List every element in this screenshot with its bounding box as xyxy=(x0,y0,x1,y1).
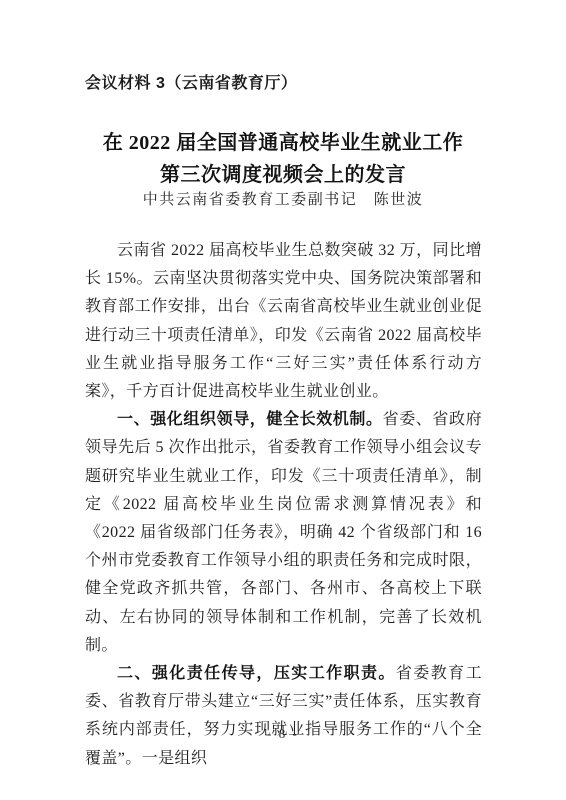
paragraph-text: 云南省 2022 届高校毕业生总数突破 32 万，同比增长 15%。云南坚决贯彻… xyxy=(85,242,482,400)
document-title: 在 2022 届全国普通高校毕业生就业工作 第三次调度视频会上的发言 xyxy=(0,127,566,191)
page-number: - 8 - xyxy=(0,726,566,742)
document-page: 会议材料 3（云南省教育厅） 在 2022 届全国普通高校毕业生就业工作 第三次… xyxy=(0,0,566,800)
document-title-line1: 在 2022 届全国普通高校毕业生就业工作 xyxy=(0,127,566,159)
body-paragraph-2: 一、强化组织领导，健全长效机制。省委、省政府领导先后 5 次作出批示，省委教育工… xyxy=(85,406,482,660)
document-body: 云南省 2022 届高校毕业生总数突破 32 万，同比增长 15%。云南坚决贯彻… xyxy=(85,237,482,773)
document-title-line2: 第三次调度视频会上的发言 xyxy=(0,159,566,191)
paragraph-lead: 二、强化责任传导，压实工作职责。 xyxy=(117,665,396,682)
speaker-byline: 中共云南省委教育工委副书记 陈世波 xyxy=(0,190,566,210)
body-paragraph-3: 二、强化责任传导，压实工作职责。省委教育工委、省教育厅带头建立“三好三实”责任体… xyxy=(85,660,482,773)
paragraph-text: 省委、省政府领导先后 5 次作出批示，省委教育工作领导小组会议专题研究毕业生就业… xyxy=(85,411,482,654)
material-label: 会议材料 3（云南省教育厅） xyxy=(85,74,297,93)
body-paragraph-1: 云南省 2022 届高校毕业生总数突破 32 万，同比增长 15%。云南坚决贯彻… xyxy=(85,237,482,406)
paragraph-lead: 一、强化组织领导，健全长效机制。 xyxy=(117,411,383,428)
